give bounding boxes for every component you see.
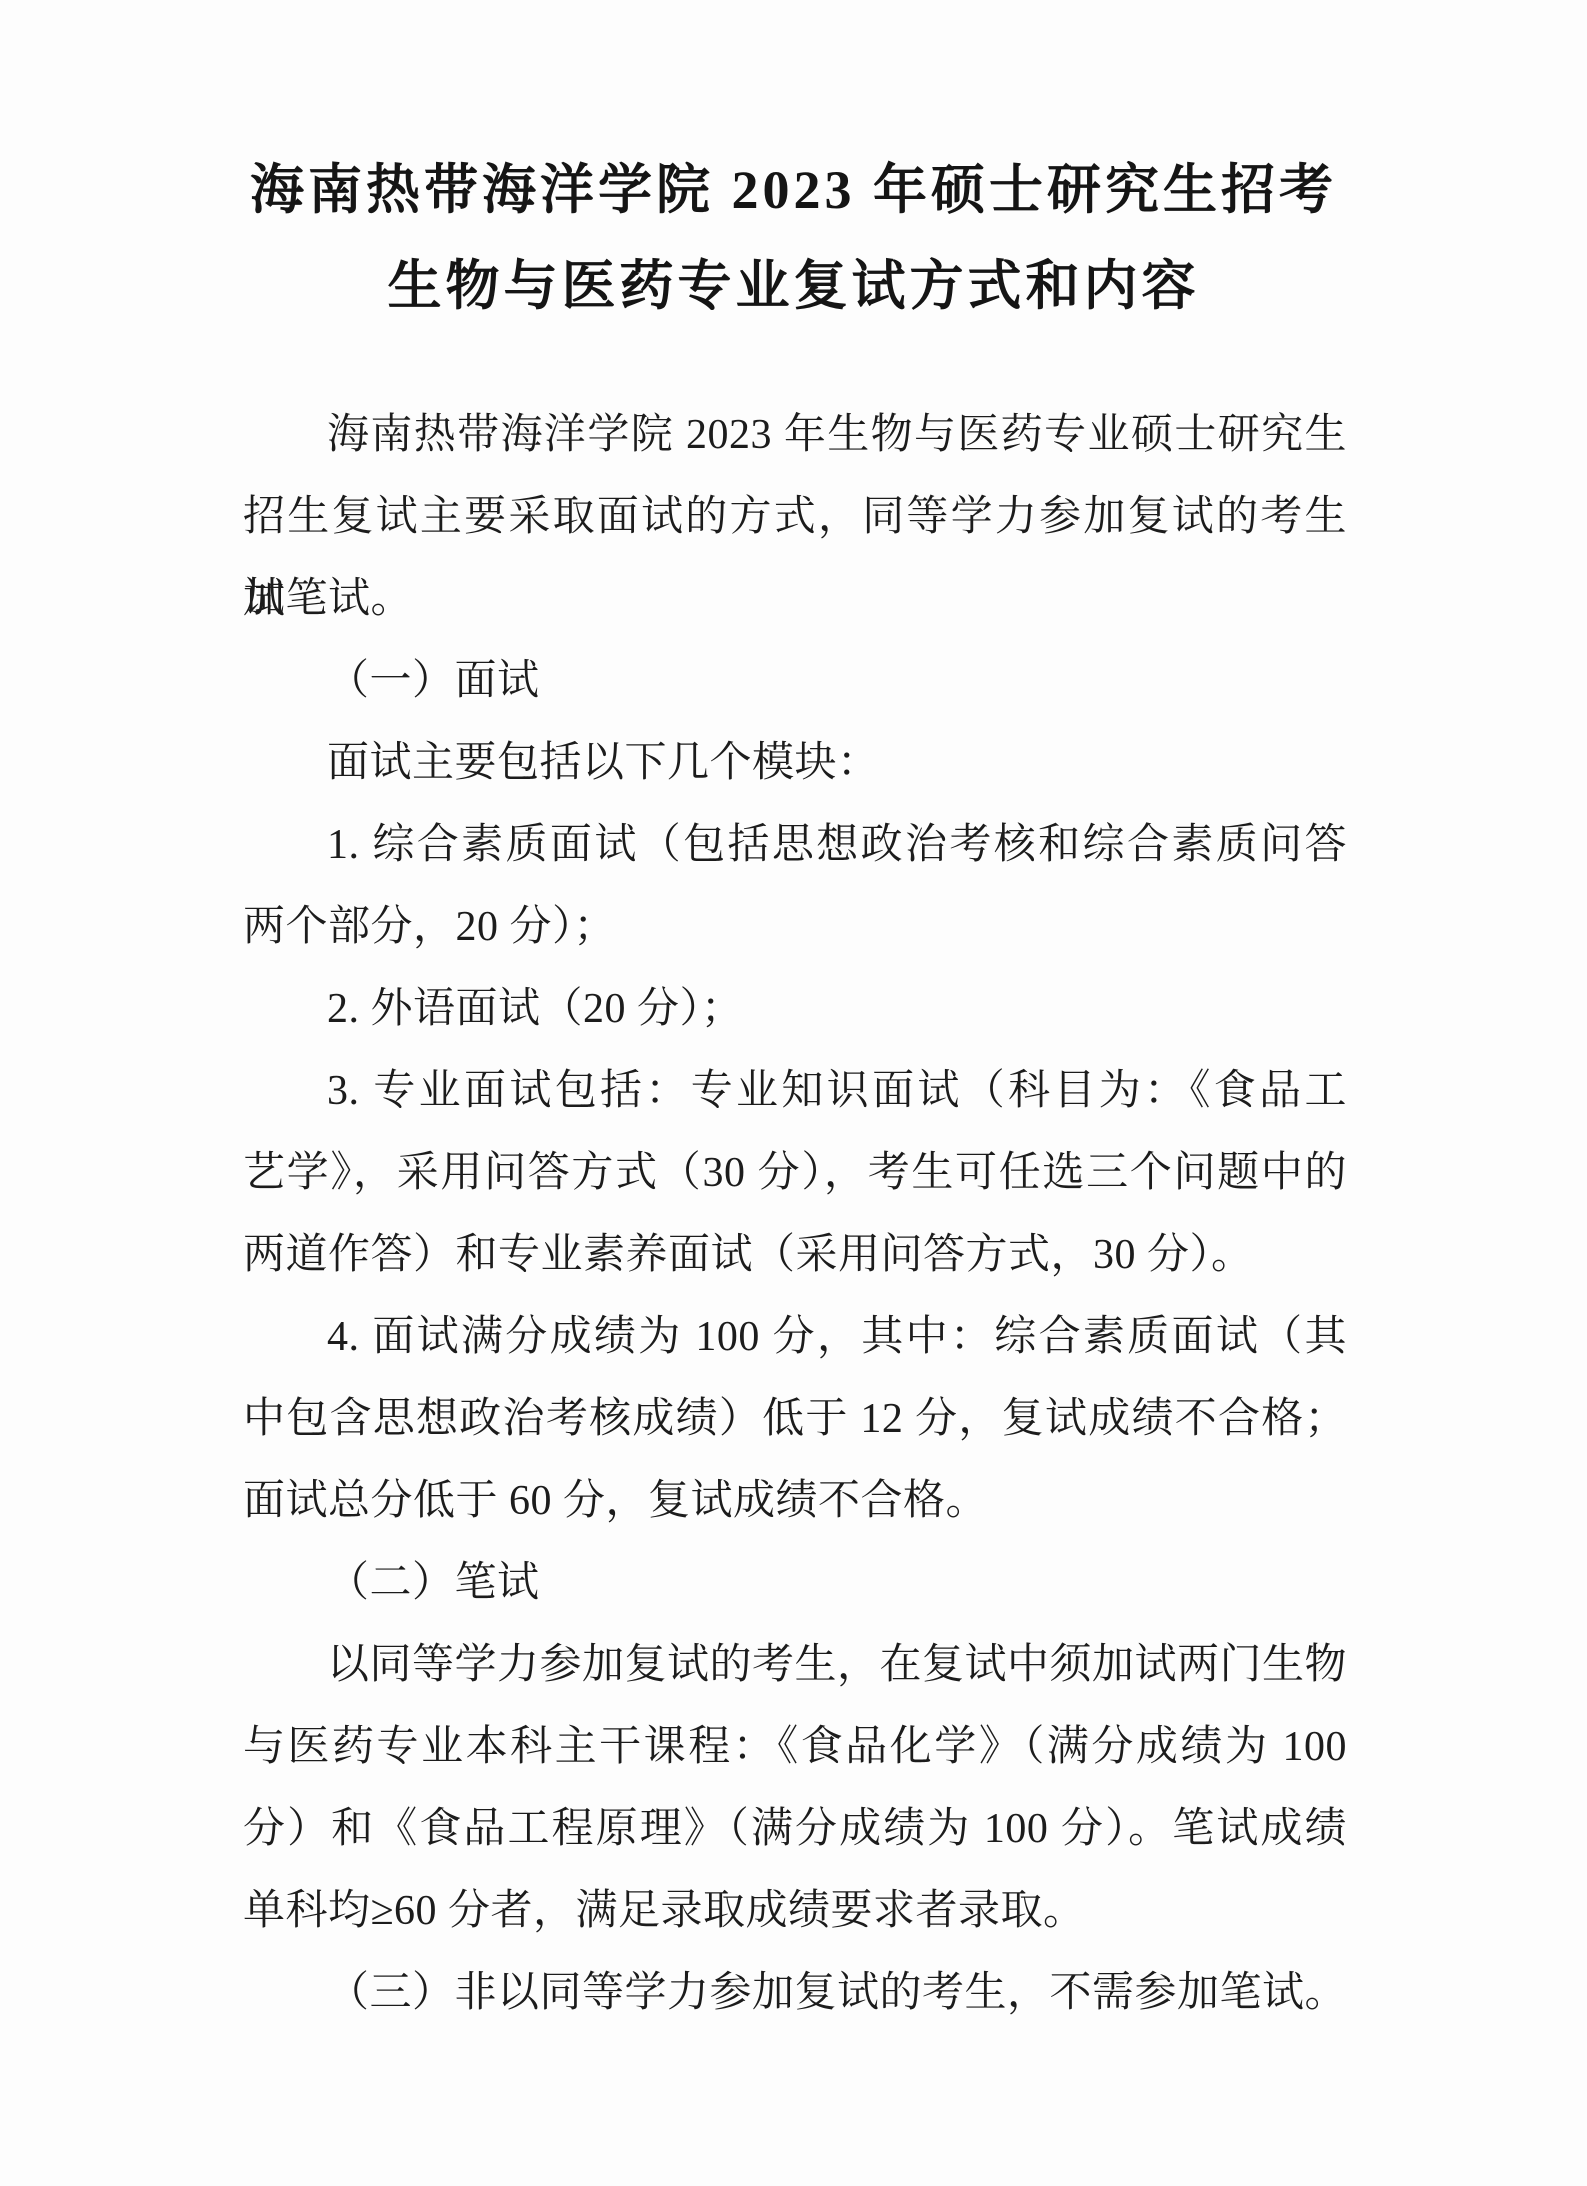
section-heading-3: （三）非以同等学力参加复试的考生，不需参加笔试。: [243, 1952, 1347, 2034]
doc-line: 与医药专业本科主干课程：《食品化学》（满分成绩为 100: [243, 1706, 1347, 1788]
doc-line: 招生复试主要采取面试的方式，同等学力参加复试的考生加: [243, 476, 1347, 558]
doc-line: 分）和《食品工程原理》（满分成绩为 100 分）。笔试成绩: [243, 1788, 1347, 1870]
document-title: 海南热带海洋学院 2023 年硕士研究生招考 生物与医药专业复试方式和内容: [0, 0, 1587, 334]
title-line-2: 生物与医药专业复试方式和内容: [0, 238, 1587, 334]
doc-line: 面试主要包括以下几个模块：: [243, 722, 1347, 804]
section-heading-2: （二）笔试: [243, 1542, 1347, 1624]
doc-line: 海南热带海洋学院 2023 年生物与医药专业硕士研究生: [243, 394, 1347, 476]
list-item-2: 2. 外语面试（20 分）；: [243, 968, 1347, 1050]
list-item-3: 3. 专业面试包括：专业知识面试（科目为：《食品工: [243, 1050, 1347, 1132]
title-line-1: 海南热带海洋学院 2023 年硕士研究生招考: [0, 142, 1587, 238]
document-page: 海南热带海洋学院 2023 年硕士研究生招考 生物与医药专业复试方式和内容 海南…: [0, 0, 1587, 2186]
list-item-4: 4. 面试满分成绩为 100 分，其中：综合素质面试（其: [243, 1296, 1347, 1378]
list-item-1: 1. 综合素质面试（包括思想政治考核和综合素质问答: [243, 804, 1347, 886]
document-body: 海南热带海洋学院 2023 年生物与医药专业硕士研究生 招生复试主要采取面试的方…: [243, 334, 1347, 2034]
doc-line: 艺学》，采用问答方式（30 分），考生可任选三个问题中的: [243, 1132, 1347, 1214]
doc-line: 以同等学力参加复试的考生，在复试中须加试两门生物: [243, 1624, 1347, 1706]
doc-line: 中包含思想政治考核成绩）低于 12 分，复试成绩不合格；: [243, 1378, 1347, 1460]
doc-line: 两个部分，20 分）；: [243, 886, 1347, 968]
doc-line: 面试总分低于 60 分，复试成绩不合格。: [243, 1460, 1347, 1542]
doc-line: 单科均≥60 分者，满足录取成绩要求者录取。: [243, 1870, 1347, 1952]
doc-line: 两道作答）和专业素养面试（采用问答方式，30 分）。: [243, 1214, 1347, 1296]
doc-line: 试笔试。: [243, 558, 1347, 640]
section-heading-1: （一）面试: [243, 640, 1347, 722]
